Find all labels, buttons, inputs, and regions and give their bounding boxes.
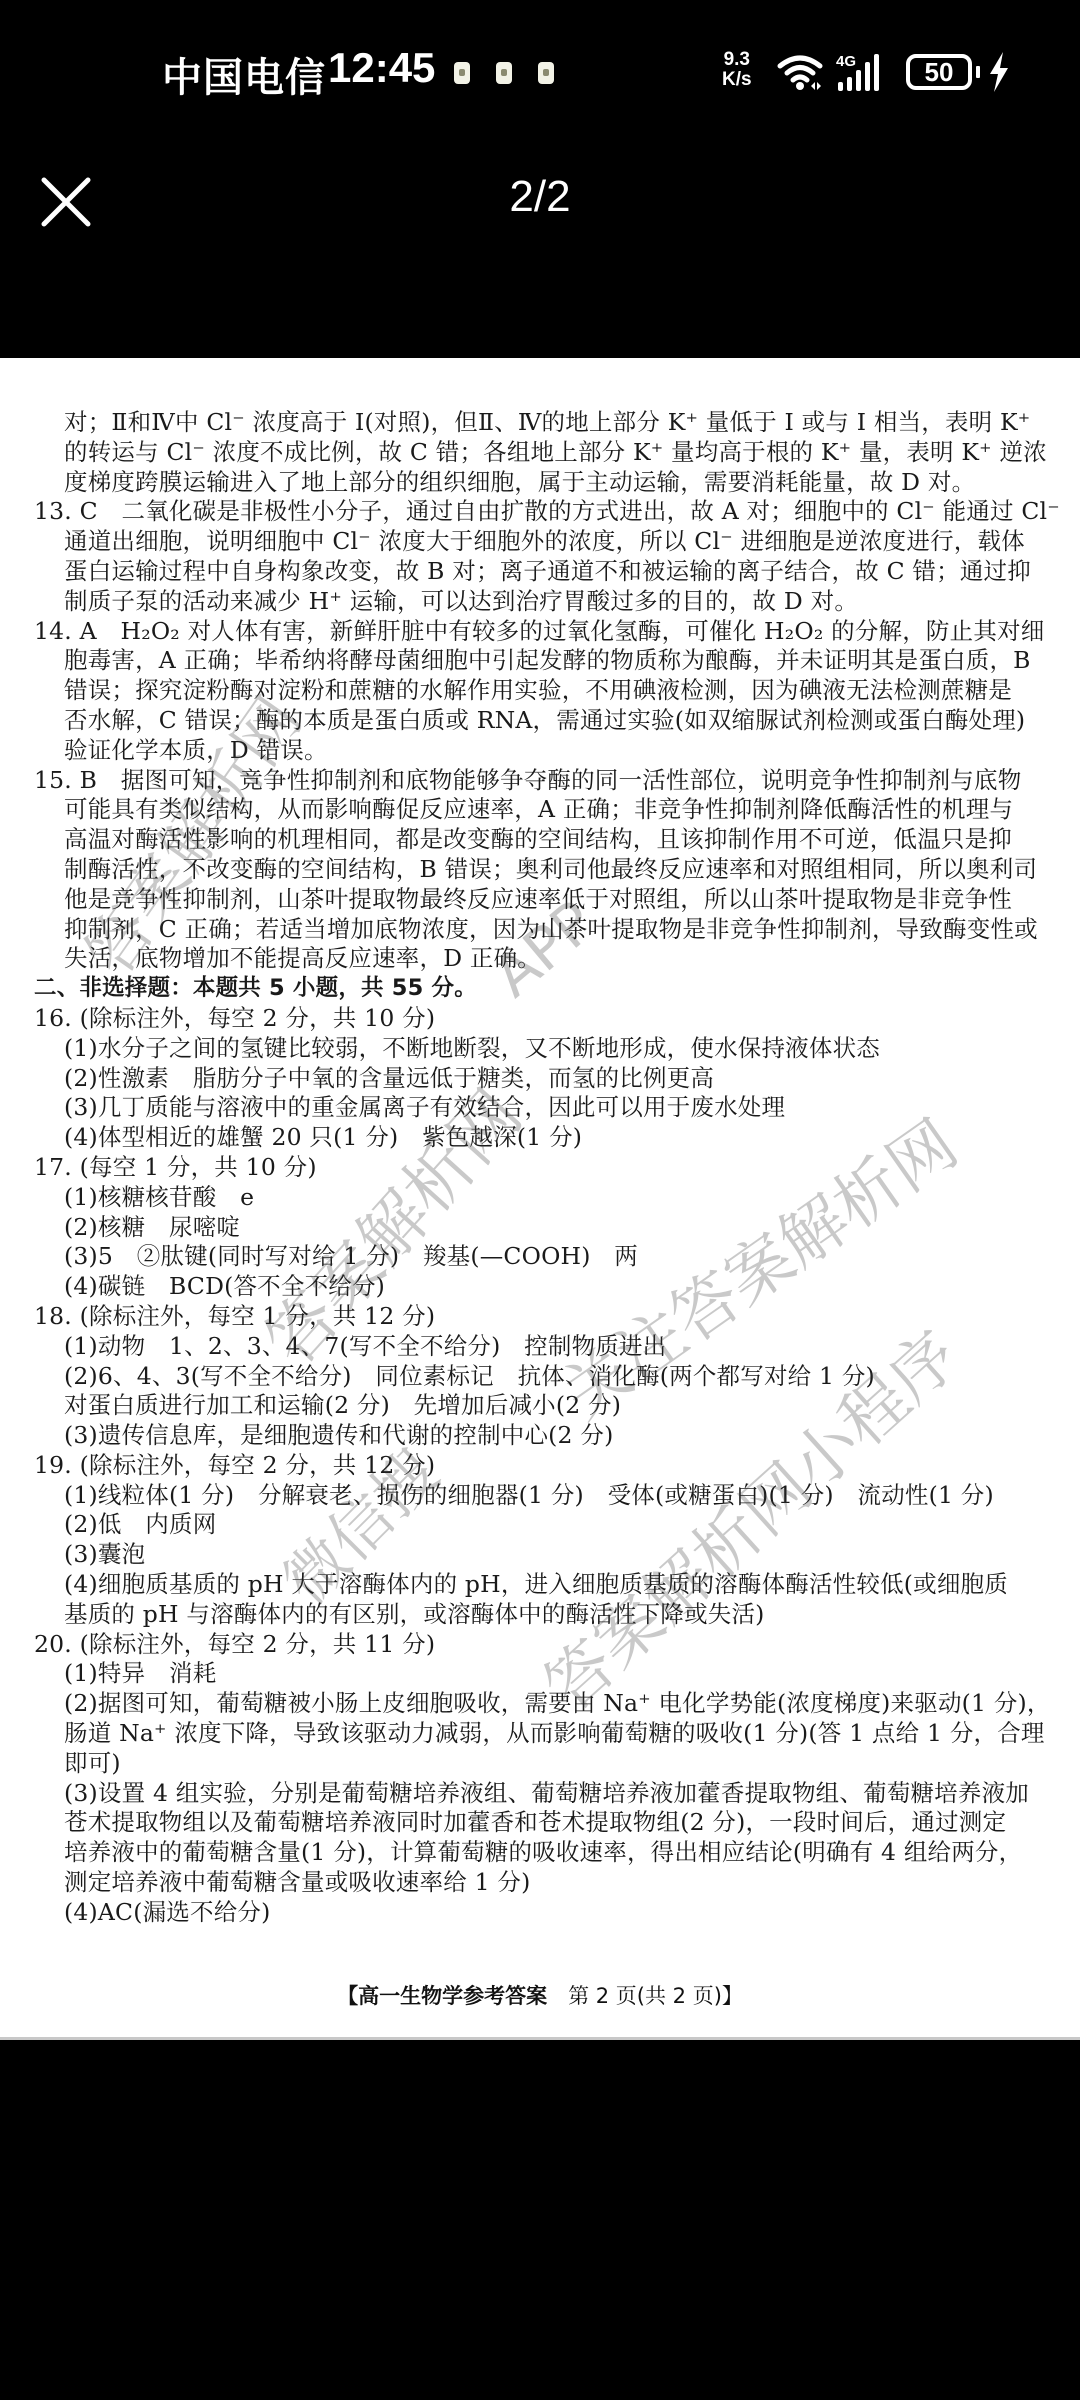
text-line: 制质子泵的活动来减少 H⁺ 运输，可以达到治疗胃酸过多的目的，故 D 对。 bbox=[34, 587, 1054, 617]
carrier-name: 中国电信 bbox=[162, 46, 326, 103]
text-line: 苍术提取物组以及葡萄糖培养液同时加藿香和苍术提取物组(2 分)，一段时间后，通过… bbox=[34, 1808, 1054, 1838]
answer-15: 15. B 据图可知，竞争性抑制剂和底物能够争夺酶的同一活性部位，说明竞争性抑制… bbox=[34, 766, 1054, 796]
text-line: (2)低 内质网 bbox=[34, 1510, 1054, 1540]
text-line: (4)AC(漏选不给分) bbox=[34, 1898, 1054, 1928]
notification-app-icon bbox=[538, 62, 554, 84]
text-line: (4)细胞质基质的 pH 大于溶酶体内的 pH，进入细胞质基质的溶酶体酶活性较低… bbox=[34, 1570, 1054, 1600]
text-line: 高温对酶活性影响的机理相同，都是改变酶的空间结构，且该抑制作用不可逆，低温只是抑 bbox=[34, 825, 1054, 855]
text-line: 测定培养液中葡萄糖含量或吸收速率给 1 分) bbox=[34, 1868, 1054, 1898]
answer-19-header: 19. (除标注外，每空 2 分，共 12 分) bbox=[34, 1451, 1054, 1481]
battery-icon: 50 bbox=[906, 54, 972, 90]
clock-time: 12:45 bbox=[328, 44, 435, 92]
section-heading: 二、非选择题：本题共 5 小题，共 55 分。 bbox=[34, 974, 1054, 1004]
network-speed-unit: K/s bbox=[722, 70, 752, 90]
text-line: 验证化学本质，D 错误。 bbox=[34, 736, 1054, 766]
text-line: (2)核糖 尿嘧啶 bbox=[34, 1213, 1054, 1243]
text-line: 制酶活性，不改变酶的空间结构，B 错误；奥利司他最终反应速率和对照组相同，所以奥… bbox=[34, 855, 1054, 885]
network-speed-value: 9.3 bbox=[722, 50, 752, 70]
text-line: 的转运与 Cl⁻ 浓度不成比例，故 C 错；各组地上部分 K⁺ 量均高于根的 K… bbox=[34, 438, 1054, 468]
notification-icons bbox=[454, 62, 554, 84]
network-speed: 9.3 K/s bbox=[722, 50, 752, 90]
text-line: 度梯度跨膜运输进入了地上部分的组织细胞，属于主动运输，需要消耗能量，故 D 对。 bbox=[34, 468, 1054, 498]
answer-17-header: 17. (每空 1 分，共 10 分) bbox=[34, 1153, 1054, 1183]
battery-level: 50 bbox=[925, 57, 954, 88]
text-line: (2)6、4、3(写不全不给分) 同位素标记 抗体、消化酶(两个都写对给 1 分… bbox=[34, 1362, 1054, 1392]
document-page[interactable]: 对；Ⅱ和Ⅳ中 Cl⁻ 浓度高于 I(对照)，但Ⅱ、Ⅳ的地上部分 K⁺ 量低于 I… bbox=[0, 358, 1080, 2040]
text-line: 失活，底物增加不能提高反应速率，D 正确。 bbox=[34, 944, 1054, 974]
svg-text:4G: 4G bbox=[836, 53, 856, 70]
text-line: (1)动物 1、2、3、4、7(写不全不给分) 控制物质进出 bbox=[34, 1332, 1054, 1362]
text-line: (1)特异 消耗 bbox=[34, 1659, 1054, 1689]
answer-18-header: 18. (除标注外，每空 1 分，共 12 分) bbox=[34, 1302, 1054, 1332]
cellular-signal-icon: 4G bbox=[836, 52, 886, 92]
status-bar: 中国电信 12:45 9.3 K/s 4G 50 bbox=[0, 0, 1080, 140]
charging-bolt-icon bbox=[988, 52, 1010, 92]
text-line: 对蛋白质进行加工和运输(2 分) 先增加后减小(2 分) bbox=[34, 1391, 1054, 1421]
text-line: (1)线粒体(1 分) 分解衰老、损伤的细胞器(1 分) 受体(或糖蛋白)(1 … bbox=[34, 1481, 1054, 1511]
text-line: (1)核糖核苷酸 e bbox=[34, 1183, 1054, 1213]
text-line: 通道出细胞，说明细胞中 Cl⁻ 浓度大于细胞外的浓度，所以 Cl⁻ 进细胞是逆浓… bbox=[34, 527, 1054, 557]
text-line: 肠道 Na⁺ 浓度下降，导致该驱动力减弱，从而影响葡萄糖的吸收(1 分)(答 1… bbox=[34, 1719, 1054, 1749]
text-line: 错误；探究淀粉酶对淀粉和蔗糖的水解作用实验，不用碘液检测，因为碘液无法检测蔗糖是 bbox=[34, 676, 1054, 706]
answer-14: 14. A H₂O₂ 对人体有害，新鲜肝脏中有较多的过氧化氢酶，可催化 H₂O₂… bbox=[34, 617, 1054, 647]
text-line: (3)几丁质能与溶液中的重金属离子有效结合，因此可以用于废水处理 bbox=[34, 1093, 1054, 1123]
text-line: (2)性激素 脂肪分子中氧的含量远低于糖类，而氢的比例更高 bbox=[34, 1064, 1054, 1094]
page-footer: 【高一生物学参考答案 第 2 页(共 2 页)】 bbox=[0, 1980, 1080, 2010]
text-line: 蛋白运输过程中自身构象改变，故 B 对；离子通道不和被运输的离子结合，故 C 错… bbox=[34, 557, 1054, 587]
text-line: (3)囊泡 bbox=[34, 1540, 1054, 1570]
text-line: 可能具有类似结构，从而影响酶促反应速率，A 正确；非竞争性抑制剂降低酶活性的机理… bbox=[34, 795, 1054, 825]
text-line: 否水解，C 错误；酶的本质是蛋白质或 RNA，需通过实验(如双缩脲试剂检测或蛋白… bbox=[34, 706, 1054, 736]
answer-16-header: 16. (除标注外，每空 2 分，共 10 分) bbox=[34, 1004, 1054, 1034]
image-viewer-header: 2/2 bbox=[0, 140, 1080, 358]
text-line: 基质的 pH 与溶酶体内的有区别，或溶酶体中的酶活性下降或失活) bbox=[34, 1600, 1054, 1630]
text-line: (4)体型相近的雄蟹 20 只(1 分) 紫色越深(1 分) bbox=[34, 1123, 1054, 1153]
text-line: 胞毒害，A 正确；毕希纳将酵母菌细胞中引起发酵的物质称为酿酶，并未证明其是蛋白质… bbox=[34, 646, 1054, 676]
battery-nub-icon bbox=[976, 66, 980, 78]
notification-app-icon bbox=[496, 62, 512, 84]
answer-13: 13. C 二氧化碳是非极性小分子，通过自由扩散的方式进出，故 A 对；细胞中的… bbox=[34, 497, 1054, 527]
wifi-icon bbox=[776, 52, 826, 92]
page-indicator: 2/2 bbox=[0, 172, 1080, 222]
text-line: (3)设置 4 组实验，分别是葡萄糖培养液组、葡萄糖培养液加藿香提取物组、葡萄糖… bbox=[34, 1779, 1054, 1809]
text-line: 他是竞争性抑制剂，山茶叶提取物最终反应速率低于对照组，所以山茶叶提取物是非竞争性 bbox=[34, 885, 1054, 915]
text-line: (1)水分子之间的氢键比较弱，不断地断裂，又不断地形成，使水保持液体状态 bbox=[34, 1034, 1054, 1064]
text-line: (3)5 ②肽键(同时写对给 1 分) 羧基(—COOH) 两 bbox=[34, 1242, 1054, 1272]
text-line: (4)碳链 BCD(答不全不给分) bbox=[34, 1272, 1054, 1302]
footer-page-number: 第 2 页(共 2 页)】 bbox=[547, 1984, 743, 2008]
text-line: (3)遗传信息库，是细胞遗传和代谢的控制中心(2 分) bbox=[34, 1421, 1054, 1451]
text-line: 抑制剂，C 正确；若适当增加底物浓度，因为山茶叶提取物是非竞争性抑制剂，导致酶变… bbox=[34, 915, 1054, 945]
notification-app-icon bbox=[454, 62, 470, 84]
footer-title: 【高一生物学参考答案 bbox=[337, 1984, 547, 2008]
answer-20-header: 20. (除标注外，每空 2 分，共 11 分) bbox=[34, 1630, 1054, 1660]
text-line: (2)据图可知，葡萄糖被小肠上皮细胞吸收，需要由 Na⁺ 电化学势能(浓度梯度)… bbox=[34, 1689, 1054, 1719]
text-line: 培养液中的葡萄糖含量(1 分)，计算葡萄糖的吸收速率，得出相应结论(明确有 4 … bbox=[34, 1838, 1054, 1868]
text-line: 对；Ⅱ和Ⅳ中 Cl⁻ 浓度高于 I(对照)，但Ⅱ、Ⅳ的地上部分 K⁺ 量低于 I… bbox=[34, 408, 1054, 438]
text-line: 即可) bbox=[34, 1749, 1054, 1779]
answer-key-content: 对；Ⅱ和Ⅳ中 Cl⁻ 浓度高于 I(对照)，但Ⅱ、Ⅳ的地上部分 K⁺ 量低于 I… bbox=[34, 408, 1054, 1928]
